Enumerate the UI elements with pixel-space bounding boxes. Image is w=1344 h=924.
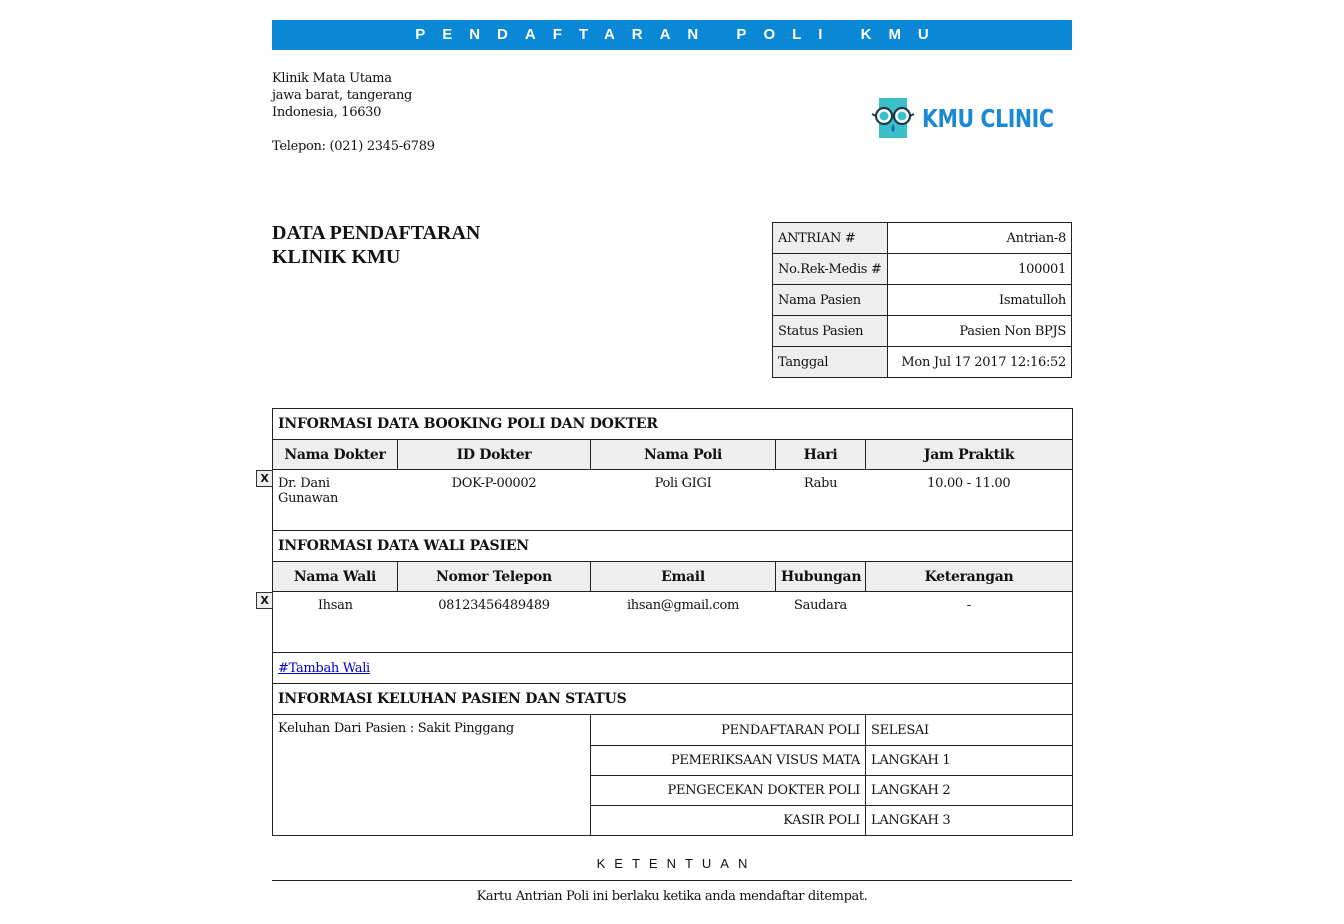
clinic-address: Klinik Mata Utama jawa barat, tangerang … xyxy=(272,70,435,155)
col-keterangan: Keterangan xyxy=(866,562,1073,592)
registration-card: PENDAFTARAN POLI KMU Klinik Mata Utama j… xyxy=(272,20,1072,50)
document-title-line2: KLINIK KMU xyxy=(272,245,480,269)
clinic-country-zip: Indonesia, 16630 xyxy=(272,104,435,121)
guardian-nama-wali: X Ihsan xyxy=(273,592,398,653)
col-nama-dokter: Nama Dokter xyxy=(273,440,398,470)
guardian-section-title: INFORMASI DATA WALI PASIEN xyxy=(273,531,1073,562)
col-hari: Hari xyxy=(776,440,866,470)
status-step-value: LANGKAH 2 xyxy=(866,776,1073,806)
info-row-status-pasien: Status Pasien Pasien Non BPJS xyxy=(773,316,1072,347)
info-value: Ismatulloh xyxy=(887,285,1071,316)
info-row-antrian: ANTRIAN # Antrian-8 xyxy=(773,223,1072,254)
booking-row: X Dr. Dani Gunawan DOK-P-00002 Poli GIGI… xyxy=(273,470,1073,531)
booking-header-row: Nama Dokter ID Dokter Nama Poli Hari Jam… xyxy=(273,440,1073,470)
delete-booking-button[interactable]: X xyxy=(256,470,273,487)
clinic-name: Klinik Mata Utama xyxy=(272,70,435,87)
status-step-value: SELESAI xyxy=(866,715,1073,746)
add-guardian-cell: #Tambah Wali xyxy=(273,653,1073,684)
info-value: Antrian-8 xyxy=(887,223,1071,254)
info-label: ANTRIAN # xyxy=(773,223,888,254)
delete-guardian-button[interactable]: X xyxy=(256,592,273,609)
status-step-name: PEMERIKSAAN VISUS MATA xyxy=(591,746,866,776)
guardian-nama-wali-value: Ihsan xyxy=(318,598,353,613)
document-title: DATA PENDAFTARAN KLINIK KMU xyxy=(272,221,480,269)
col-nama-wali: Nama Wali xyxy=(273,562,398,592)
terms-text: Kartu Antrian Poli ini berlaku ketika an… xyxy=(272,889,1072,904)
status-step-value: LANGKAH 3 xyxy=(866,806,1073,836)
page-banner: PENDAFTARAN POLI KMU xyxy=(272,20,1072,50)
registration-info-table: ANTRIAN # Antrian-8 No.Rek-Medis # 10000… xyxy=(772,222,1072,378)
document-title-line1: DATA PENDAFTARAN xyxy=(272,221,480,245)
guardian-nomor-telepon: 08123456489489 xyxy=(398,592,591,653)
eyeglasses-logo-icon xyxy=(870,96,916,140)
guardian-header-row: Nama Wali Nomor Telepon Email Hubungan K… xyxy=(273,562,1073,592)
col-id-dokter: ID Dokter xyxy=(398,440,591,470)
booking-nama-dokter-value: Dr. Dani Gunawan xyxy=(278,476,338,506)
col-nama-poli: Nama Poli xyxy=(591,440,776,470)
info-label: No.Rek-Medis # xyxy=(773,254,888,285)
booking-nama-poli: Poli GIGI xyxy=(591,470,776,531)
info-value: Pasien Non BPJS xyxy=(887,316,1071,347)
status-step-name: KASIR POLI xyxy=(591,806,866,836)
guardian-row: X Ihsan 08123456489489 ihsan@gmail.com S… xyxy=(273,592,1073,653)
info-row-tanggal: Tanggal Mon Jul 17 2017 12:16:52 xyxy=(773,347,1072,378)
clinic-logo: KMU CLINIC xyxy=(870,96,1060,140)
col-hubungan: Hubungan xyxy=(776,562,866,592)
info-label: Tanggal xyxy=(773,347,888,378)
info-label: Status Pasien xyxy=(773,316,888,347)
col-jam-praktik: Jam Praktik xyxy=(866,440,1073,470)
clinic-phone: Telepon: (021) 2345-6789 xyxy=(272,138,435,155)
col-email: Email xyxy=(591,562,776,592)
info-value: Mon Jul 17 2017 12:16:52 xyxy=(887,347,1071,378)
status-step-name: PENDAFTARAN POLI xyxy=(591,715,866,746)
terms-heading: KETENTUAN xyxy=(272,856,1072,871)
status-step-name: PENGECEKAN DOKTER POLI xyxy=(591,776,866,806)
guardian-keterangan: - xyxy=(866,592,1073,653)
booking-nama-dokter: X Dr. Dani Gunawan xyxy=(273,470,398,531)
clinic-region: jawa barat, tangerang xyxy=(272,87,435,104)
terms-divider xyxy=(272,880,1072,881)
info-label: Nama Pasien xyxy=(773,285,888,316)
guardian-hubungan: Saudara xyxy=(776,592,866,653)
col-nomor-telepon: Nomor Telepon xyxy=(398,562,591,592)
status-step-value: LANGKAH 1 xyxy=(866,746,1073,776)
booking-hari: Rabu xyxy=(776,470,866,531)
info-row-rekam-medis: No.Rek-Medis # 100001 xyxy=(773,254,1072,285)
patient-complaint: Keluhan Dari Pasien : Sakit Pinggang xyxy=(273,715,591,836)
complaint-section-title: INFORMASI KELUHAN PASIEN DAN STATUS xyxy=(273,684,1073,715)
logo-text: KMU CLINIC xyxy=(922,104,1054,133)
booking-section-title: INFORMASI DATA BOOKING POLI DAN DOKTER xyxy=(273,409,1073,440)
booking-jam-praktik: 10.00 - 11.00 xyxy=(866,470,1073,531)
guardian-email: ihsan@gmail.com xyxy=(591,592,776,653)
add-guardian-link[interactable]: #Tambah Wali xyxy=(278,661,370,676)
booking-id-dokter: DOK-P-00002 xyxy=(398,470,591,531)
info-row-nama-pasien: Nama Pasien Ismatulloh xyxy=(773,285,1072,316)
booking-details-table: INFORMASI DATA BOOKING POLI DAN DOKTER N… xyxy=(272,408,1073,836)
info-value: 100001 xyxy=(887,254,1071,285)
